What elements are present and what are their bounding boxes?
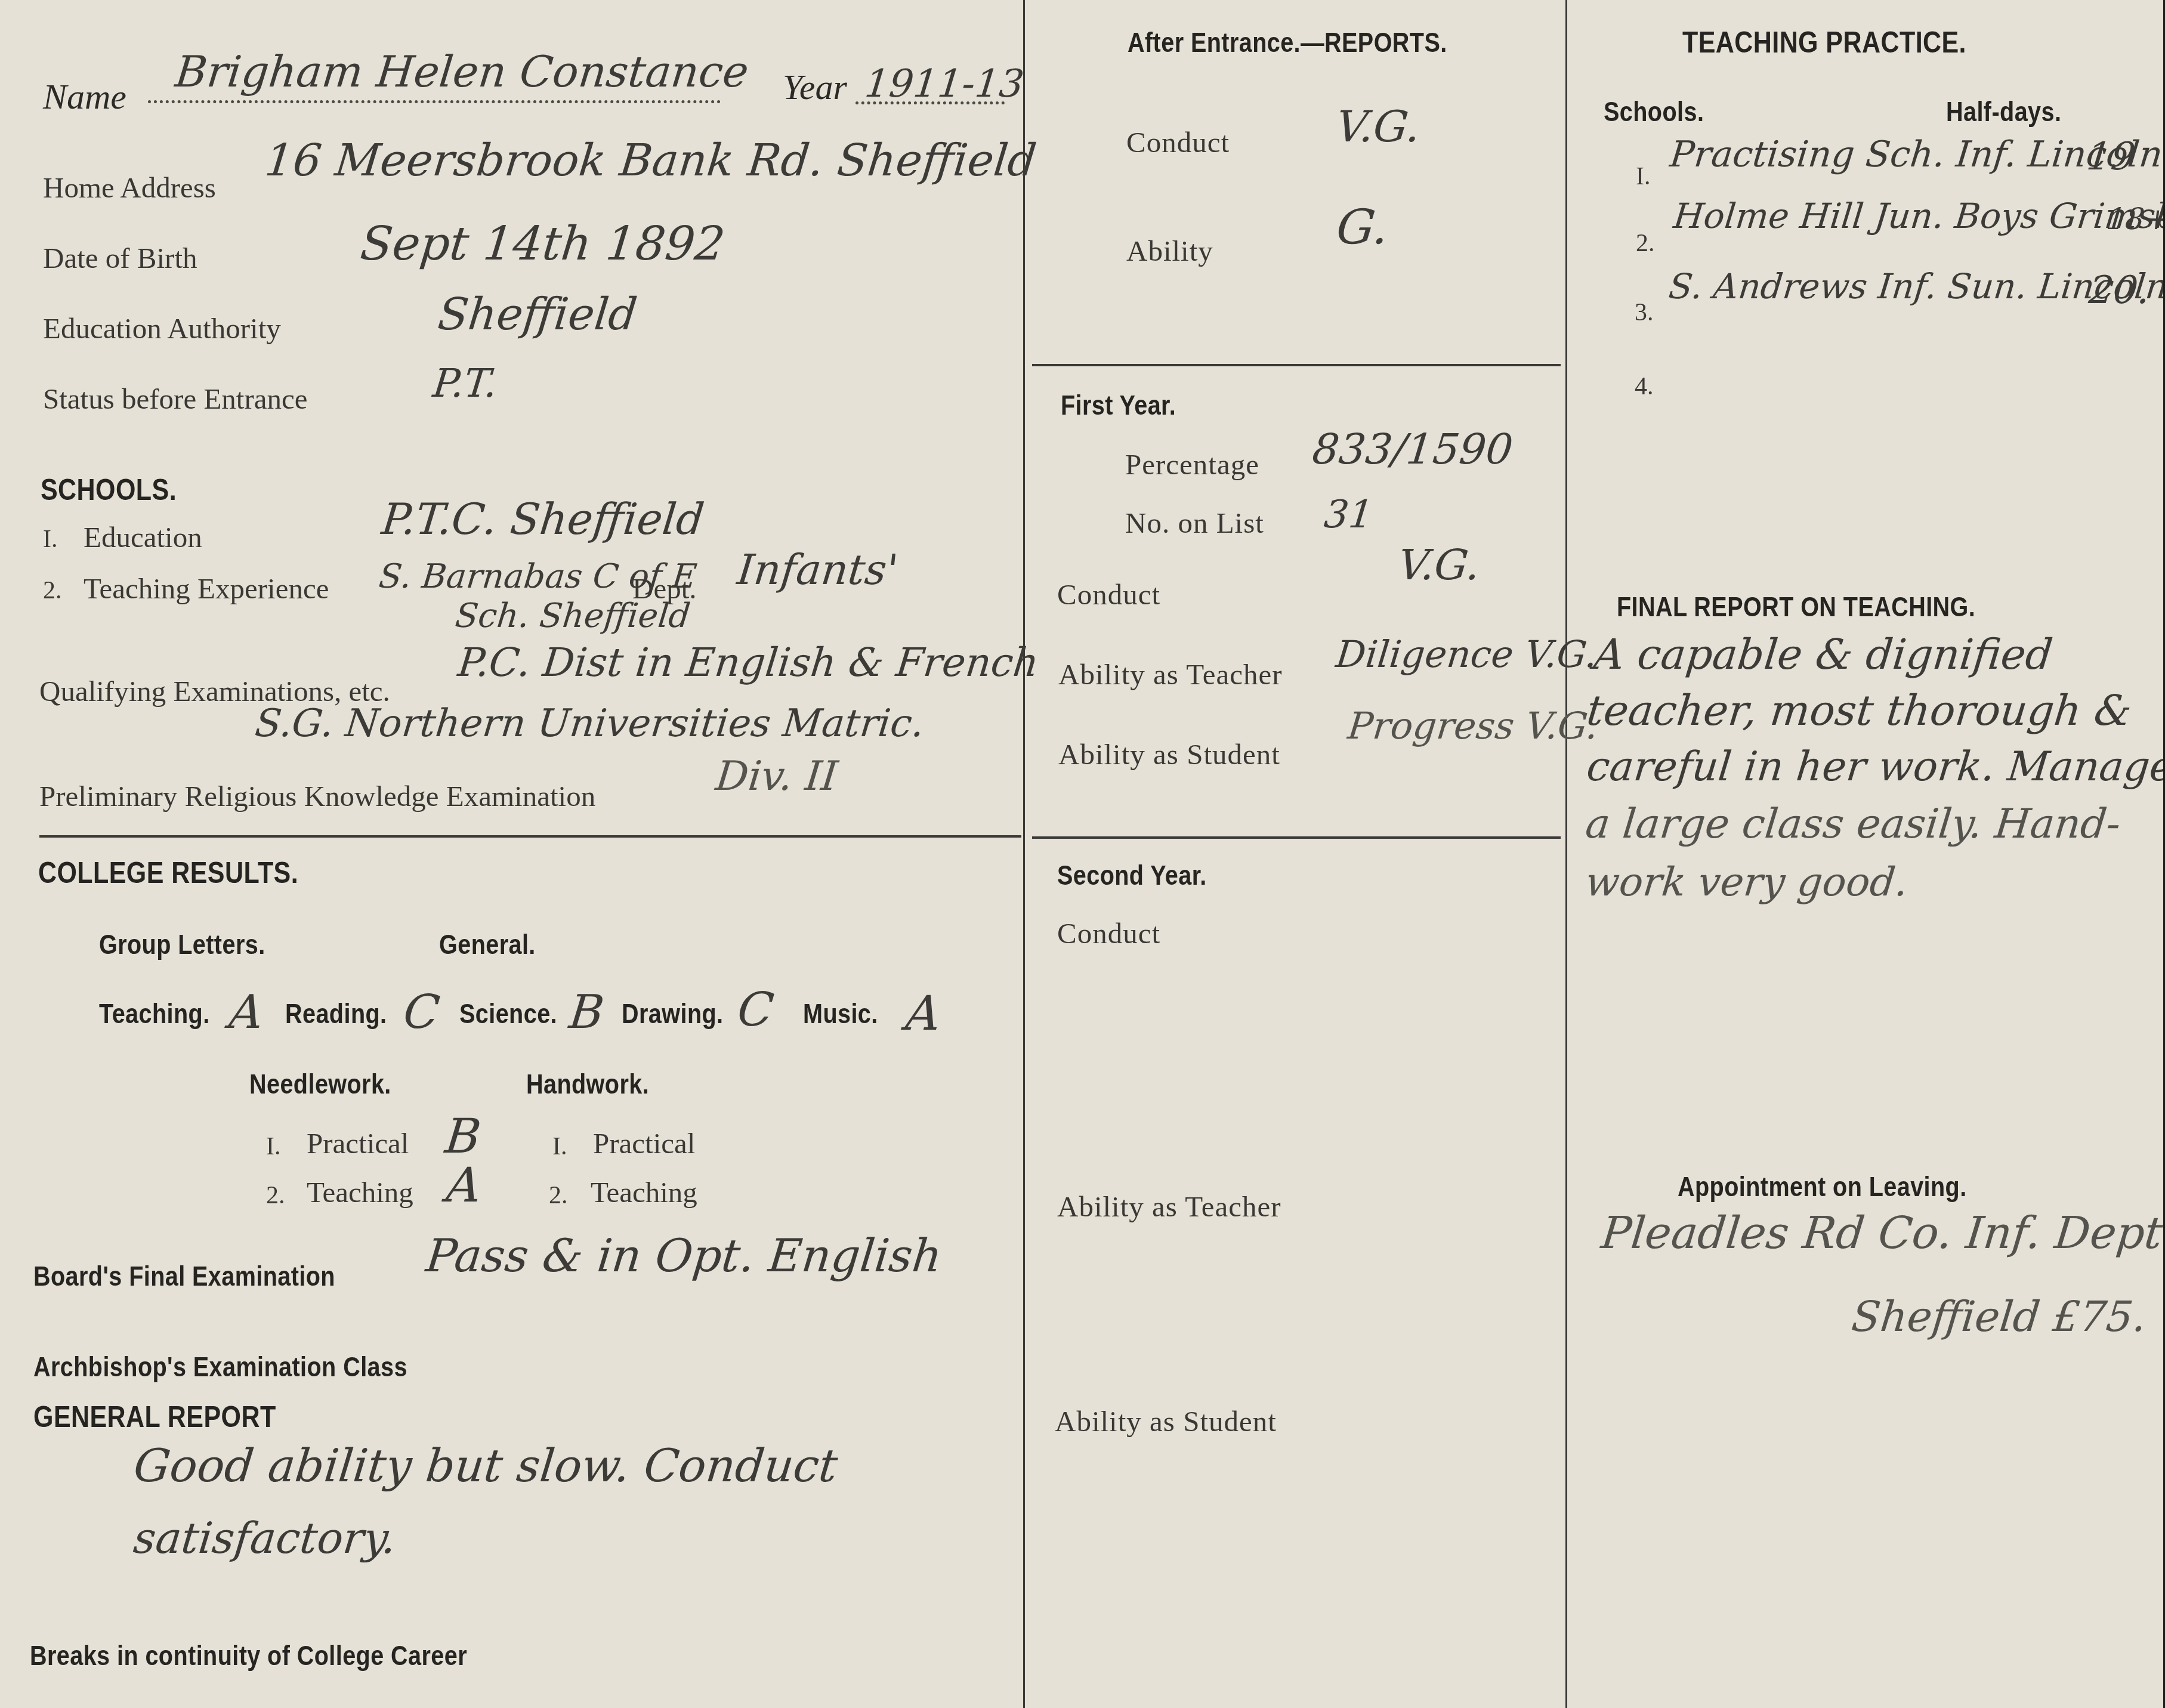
entrance-conduct-label: Conduct [1126, 125, 1230, 159]
grade-value-science: B [567, 986, 607, 1039]
percentage-value: 833/1590 [1310, 425, 1515, 474]
teaching-practice-heading: TEACHING PRACTICE. [1682, 25, 1966, 60]
grade-label-reading: Reading. [285, 997, 387, 1030]
grade-label-science: Science. [459, 997, 557, 1030]
dob-label: Date of Birth [43, 241, 197, 275]
final-report-line: A capable & dignified [1592, 630, 2055, 679]
practice-halfdays: 19 [2084, 135, 2138, 179]
prelim-religious-label: Preliminary Religious Knowledge Examinat… [39, 779, 595, 813]
grade-value-drawing: C [735, 983, 776, 1037]
home-address-value: 16 Meersbrook Bank Rd. Sheffield [262, 135, 1039, 186]
handwork-teaching-label: Teaching [591, 1175, 697, 1209]
handwork-practical-number: I. [552, 1132, 567, 1161]
final-report-heading: FINAL REPORT ON TEACHING. [1617, 591, 1975, 623]
handwork-heading: Handwork. [526, 1068, 649, 1100]
entrance-conduct-value: V.G. [1334, 101, 1423, 152]
percentage-label: Percentage [1125, 447, 1259, 481]
final-report-line: a large class easily. Hand- [1583, 801, 2123, 848]
teaching-experience-value-line2: Sch. Sheffield [453, 597, 692, 635]
dob-value: Sept 14th 1892 [358, 217, 727, 271]
schools-heading: SCHOOLS. [41, 472, 177, 507]
second-year-conduct-label: Conduct [1057, 916, 1160, 950]
no-on-list-value: 31 [1322, 493, 1375, 537]
final-report-line: work very good. [1583, 859, 1910, 905]
first-year-student-value: Progress V.G. [1346, 704, 1600, 748]
second-year-heading: Second Year. [1057, 859, 1207, 891]
needlework-teaching-label: Teaching [307, 1175, 413, 1209]
grade-label-music: Music. [803, 997, 878, 1030]
appointment-line1: Pleadles Rd Co. Inf. Dept [1599, 1207, 2165, 1259]
group-letters-label: Group Letters. [99, 928, 265, 960]
dept-value: Infants' [735, 545, 900, 594]
year-value: 1911-13 [863, 62, 1026, 106]
no-on-list-label: No. on List [1125, 506, 1264, 540]
grade-value-teaching: A [227, 986, 266, 1039]
prelim-religious-value: Div. II [714, 753, 840, 800]
final-report-line: careful in her work. Manages [1585, 743, 2165, 790]
general-report-heading: GENERAL REPORT [33, 1400, 276, 1434]
halfdays-column-header: Half-days. [1946, 95, 2061, 128]
practice-school: Holme Hill Jun. Boys Grimsby [1672, 196, 2165, 236]
needlework-teaching-number: 2. [266, 1181, 285, 1210]
boards-final-value: Pass & in Opt. English [424, 1229, 944, 1282]
middle-rule-second-year [1032, 836, 1561, 839]
education-label: Education [84, 520, 202, 554]
status-label: Status before Entrance [43, 382, 308, 416]
second-year-student-label: Ability as Student [1055, 1404, 1277, 1438]
entrance-ability-label: Ability [1126, 234, 1213, 268]
first-year-teacher-label: Ability as Teacher [1058, 657, 1283, 691]
name-value: Brigham Helen Constance [173, 47, 751, 97]
qualifying-exams-value-line2: S.G. Northern Universities Matric. [253, 702, 926, 746]
general-report-line1: Good ability but slow. Conduct [131, 1439, 840, 1492]
first-year-student-label: Ability as Student [1058, 737, 1280, 771]
college-results-heading: COLLEGE RESULTS. [38, 855, 298, 890]
first-year-teacher-value: Diligence V.G. [1334, 632, 1599, 676]
schools-column-header: Schools. [1604, 95, 1704, 128]
archbishop-exam-label: Archbishop's Examination Class [33, 1351, 407, 1383]
final-report-line: teacher, most thorough & [1585, 686, 2134, 735]
education-number: I. [43, 525, 58, 554]
needlework-teaching-value: A [444, 1157, 484, 1213]
middle-rule-first-year [1032, 364, 1561, 366]
left-section-rule [39, 835, 1021, 838]
column-divider-right [1565, 0, 1567, 1708]
appointment-heading: Appointment on Leaving. [1678, 1170, 1967, 1203]
column-divider-left [1023, 0, 1025, 1708]
reports-heading: After Entrance.—REPORTS. [1128, 26, 1447, 58]
education-authority-label: Education Authority [43, 311, 281, 345]
home-address-label: Home Address [43, 171, 216, 205]
grade-value-music: A [903, 986, 944, 1041]
grade-label-teaching: Teaching. [99, 997, 210, 1030]
grade-label-drawing: Drawing. [622, 997, 723, 1030]
general-report-line2: satisfactory. [131, 1513, 399, 1563]
teaching-experience-number: 2. [43, 576, 62, 605]
second-year-teacher-label: Ability as Teacher [1057, 1190, 1281, 1224]
entrance-ability-value: G. [1334, 199, 1391, 255]
name-dotted-line [148, 100, 721, 103]
breaks-continuity-label: Breaks in continuity of College Career [30, 1639, 467, 1672]
handwork-practical-label: Practical [593, 1126, 695, 1160]
first-year-conduct-value: V.G. [1396, 540, 1483, 589]
needlework-practical-value: B [443, 1108, 484, 1164]
needlework-practical-number: I. [266, 1132, 281, 1161]
grade-value-reading: C [401, 986, 442, 1039]
year-label: Year [783, 67, 847, 108]
education-authority-value: Sheffield [436, 289, 640, 340]
appointment-line2: Sheffield £75. [1849, 1292, 2149, 1341]
first-year-conduct-label: Conduct [1057, 577, 1160, 611]
needlework-heading: Needlework. [249, 1068, 391, 1100]
education-value: P.T.C. Sheffield [379, 494, 706, 544]
practice-number: I. [1636, 162, 1651, 191]
status-value: P.T. [431, 360, 499, 406]
record-card: Name Brigham Helen Constance Year 1911-1… [0, 0, 2163, 1708]
boards-final-label: Board's Final Examination [33, 1260, 335, 1292]
practice-number: 4. [1635, 372, 1654, 401]
name-label: Name [43, 76, 126, 118]
general-label: General. [439, 928, 536, 960]
practice-number: 3. [1635, 298, 1654, 327]
practice-halfdays: 18+2 [2105, 202, 2165, 236]
handwork-teaching-number: 2. [549, 1181, 568, 1210]
qualifying-exams-value-line1: P.C. Dist in English & French [456, 640, 1041, 685]
practice-halfdays: 20. [2087, 268, 2152, 313]
practice-number: 2. [1636, 229, 1655, 258]
first-year-heading: First Year. [1061, 389, 1176, 421]
teaching-experience-label: Teaching Experience [84, 572, 329, 606]
needlework-practical-label: Practical [307, 1126, 409, 1160]
